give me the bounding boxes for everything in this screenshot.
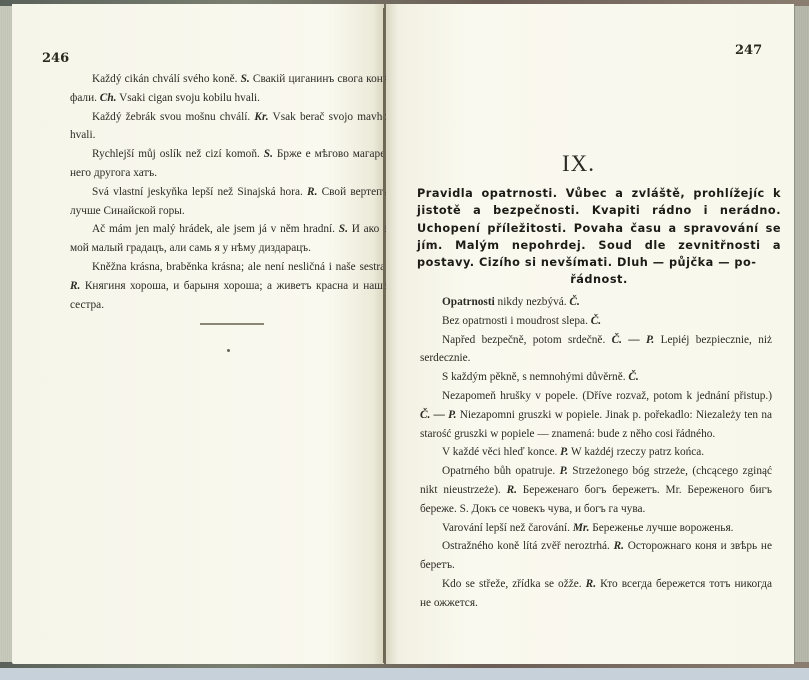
proverb-czech: Ostražného koně lítá zvěř neroztrhá. bbox=[442, 540, 610, 552]
proverb-paragraph: Rychlejší můj oslík než cizí komoň. S. Б… bbox=[70, 145, 388, 183]
language-abbr: S. bbox=[264, 148, 273, 160]
chapter-number: IX. bbox=[562, 151, 595, 177]
proverb-paragraph: Kněžna krásna, braběnka krásna; ale není… bbox=[70, 258, 388, 314]
language-abbr: S. bbox=[339, 223, 348, 235]
page-number-left: 246 bbox=[42, 51, 69, 66]
left-page: 246 Každý cikán chválí svého koně. S. Св… bbox=[12, 4, 384, 664]
proverb-czech: Bez opatrnosti i moudrost slepa. bbox=[442, 315, 588, 327]
proverb-paragraph: Opatrného bůh opatruje. P. Strzeżonego b… bbox=[420, 462, 772, 518]
proverb-translation: Береженье лучше вороженья. bbox=[592, 522, 733, 534]
proverb-paragraph: S každým pěkně, s nemnohými důvěrně. Č. bbox=[420, 368, 772, 387]
section-end-rule bbox=[200, 323, 264, 325]
proverb-czech: S každým pěkně, s nemnohými důvěrně. bbox=[442, 371, 626, 383]
language-abbr: R. bbox=[614, 540, 624, 552]
language-abbr: Č. — P. bbox=[420, 409, 456, 421]
ornament-dot bbox=[227, 349, 230, 352]
language-abbr: R. bbox=[307, 186, 317, 198]
language-abbr: Č. bbox=[628, 371, 638, 383]
proverb-czech: Opatrného bůh opatruje. bbox=[442, 465, 555, 477]
proverb-translation: Vsaki cigan svoju kobilu hvali. bbox=[119, 92, 260, 104]
book-gutter bbox=[383, 8, 385, 663]
language-abbr: Č. bbox=[591, 315, 601, 327]
language-abbr: R. bbox=[70, 280, 80, 292]
proverb-czech: Svá vlastní jeskyňka lepší než Sinajská … bbox=[92, 186, 303, 198]
proverb-paragraph: Varování lepší než čarování. Mr. Бережен… bbox=[420, 519, 772, 538]
proverb-paragraph: Svá vlastní jeskyňka lepší než Sinajská … bbox=[70, 183, 388, 221]
proverb-czech: nikdy nezbývá. bbox=[495, 296, 567, 308]
proverb-paragraph: Ač mám jen malý hrádek, ale jsem já v ně… bbox=[70, 220, 388, 258]
proverb-paragraph: Bez opatrnosti i moudrost slepa. Č. bbox=[420, 312, 772, 331]
left-page-text: Každý cikán chválí svého koně. S. Свакiй… bbox=[70, 70, 388, 314]
proverb-czech: Kdo se střeže, zřídka se ožže. bbox=[442, 578, 582, 590]
proverb-translation: W każdéj rzeczy patrz końca. bbox=[571, 446, 704, 458]
language-abbr: Č. bbox=[569, 296, 579, 308]
language-abbr: Mr. bbox=[573, 522, 590, 534]
proverb-translation: Княгиня хороша, и барыня хороша; а живет… bbox=[70, 280, 388, 311]
right-page-text: Opatrnosti nikdy nezbývá. Č. Bez opatrno… bbox=[420, 293, 772, 613]
proverb-paragraph: Každý cikán chválí svého koně. S. Свакiй… bbox=[70, 70, 388, 108]
right-page: 247 IX. Pravidla opatrnosti. Vůbec a zvl… bbox=[386, 4, 794, 664]
language-abbr: Ch. bbox=[100, 92, 117, 104]
proverb-lead-word: Opatrnosti bbox=[442, 296, 495, 308]
language-abbr: S. bbox=[241, 73, 250, 85]
chapter-summary: Pravidla opatrnosti. Vůbec a zvláště, pr… bbox=[417, 185, 781, 289]
chapter-summary-text: Pravidla opatrnosti. Vůbec a zvláště, pr… bbox=[417, 187, 781, 269]
proverb-czech: Napřed bezpečně, potom srdečně. bbox=[442, 334, 605, 346]
proverb-paragraph: Ostražného koně lítá zvěř neroztrhá. R. … bbox=[420, 537, 772, 575]
proverb-paragraph: Nezapomeň hrušky v popele. (Dříve rozvaž… bbox=[420, 387, 772, 443]
proverb-paragraph: Opatrnosti nikdy nezbývá. Č. bbox=[420, 293, 772, 312]
proverb-czech: Každý žebrák svou mošnu chválí. bbox=[92, 111, 250, 123]
page-number-right: 247 bbox=[735, 43, 762, 58]
scan-background bbox=[0, 668, 809, 680]
language-abbr: Č. — P. bbox=[612, 334, 655, 346]
proverb-czech: Ač mám jen malý hrádek, ale jsem já v ně… bbox=[92, 223, 335, 235]
proverb-czech: Rychlejší můj oslík než cizí komoň. bbox=[92, 148, 260, 160]
proverb-paragraph: Napřed bezpečně, potom srdečně. Č. — P. … bbox=[420, 331, 772, 369]
proverb-czech: Kněžna krásna, braběnka krásna; ale není… bbox=[92, 261, 388, 273]
proverb-paragraph: Kdo se střeže, zřídka se ožže. R. Кто вс… bbox=[420, 575, 772, 613]
language-abbr: P. bbox=[560, 465, 568, 477]
language-abbr: P. bbox=[560, 446, 568, 458]
language-abbr: R. bbox=[586, 578, 596, 590]
proverb-czech: Každý cikán chválí svého koně. bbox=[92, 73, 237, 85]
page-edges-right bbox=[794, 6, 809, 662]
proverb-paragraph: V každé věci hleď konce. P. W każdéj rze… bbox=[420, 443, 772, 462]
language-abbr: Kr. bbox=[254, 111, 268, 123]
language-abbr: R. bbox=[507, 484, 517, 496]
proverb-translation: Niezapomni gruszki w popiele. Jinak p. p… bbox=[420, 409, 772, 440]
proverb-czech: Nezapomeň hrušky v popele. (Dříve rozvaž… bbox=[442, 390, 772, 402]
proverb-paragraph: Každý žebrák svou mošnu chválí. Kr. Vsak… bbox=[70, 108, 388, 146]
chapter-summary-last-line: řádnost. bbox=[417, 271, 781, 288]
proverb-czech: V každé věci hleď konce. bbox=[442, 446, 557, 458]
proverb-czech: Varování lepší než čarování. bbox=[442, 522, 570, 534]
